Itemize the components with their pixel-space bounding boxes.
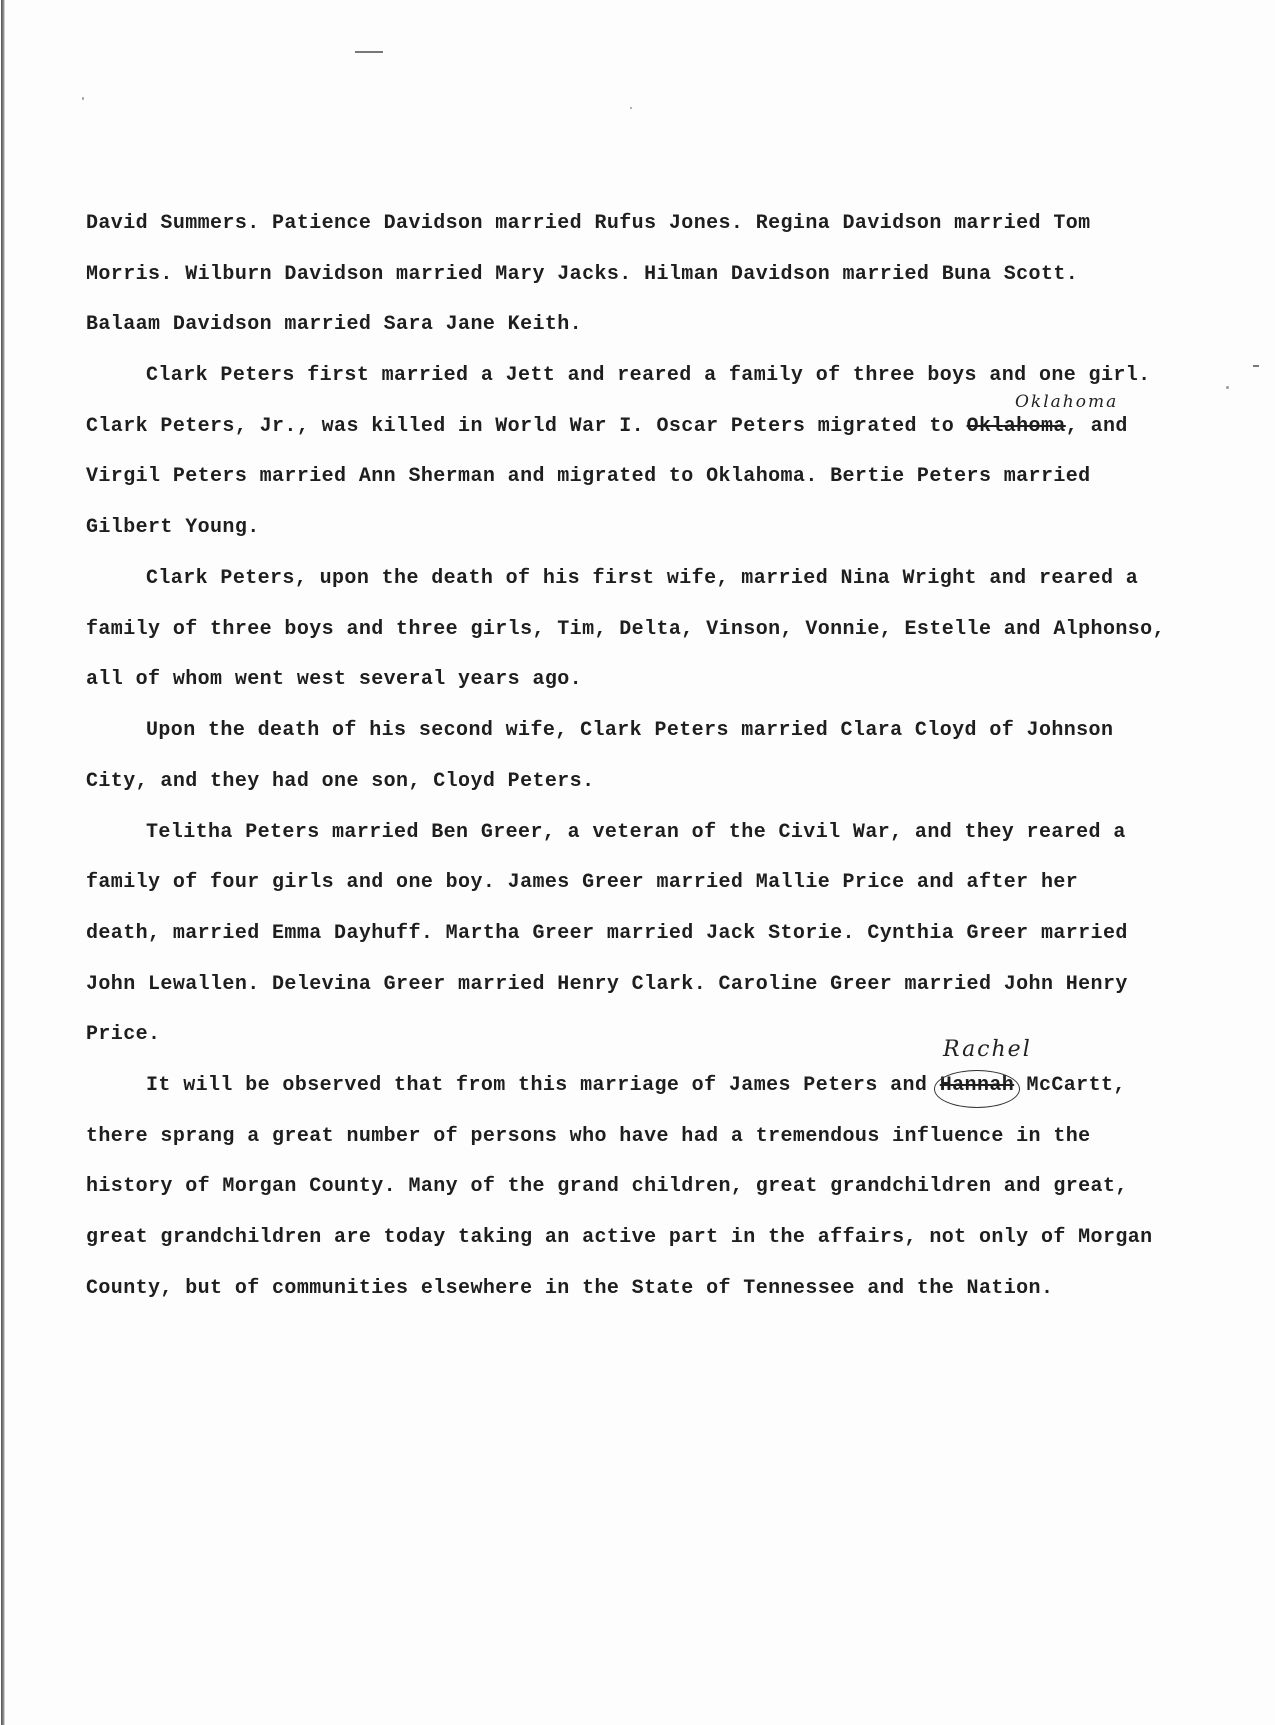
- scan-speck: [630, 107, 632, 109]
- text-line: Upon the death of his second wife, Clark…: [86, 719, 1166, 770]
- text-line: Virgil Peters married Ann Sherman and mi…: [86, 465, 1166, 516]
- struck-circled-word: Hannah: [940, 1074, 1014, 1098]
- text-line: Clark Peters, Jr., was killed in World W…: [86, 415, 1166, 466]
- text-line: Balaam Davidson married Sara Jane Keith.: [86, 313, 1166, 364]
- text-line: It will be observed that from this marri…: [86, 1074, 1166, 1125]
- text-line: David Summers. Patience Davidson married…: [86, 212, 1166, 263]
- text-line: great grandchildren are today taking an …: [86, 1226, 1166, 1277]
- text-line: history of Morgan County. Many of the gr…: [86, 1175, 1166, 1226]
- scanned-page: David Summers. Patience Davidson married…: [0, 0, 1275, 1725]
- scan-speck: [1226, 386, 1229, 389]
- scan-edge-shadow: [1, 0, 5, 1725]
- struck-word: Oklahoma: [967, 415, 1066, 438]
- scan-speck: [82, 97, 84, 100]
- scan-mark: [1253, 365, 1259, 367]
- text-line: County, but of communities elsewhere in …: [86, 1277, 1166, 1328]
- text-line: Telitha Peters married Ben Greer, a vete…: [86, 821, 1166, 872]
- text-line: family of three boys and three girls, Ti…: [86, 618, 1166, 669]
- text-line: John Lewallen. Delevina Greer married He…: [86, 973, 1166, 1024]
- text-line: death, married Emma Dayhuff. Martha Gree…: [86, 922, 1166, 973]
- text-line: all of whom went west several years ago.: [86, 668, 1166, 719]
- text-line: City, and they had one son, Cloyd Peters…: [86, 770, 1166, 821]
- handwritten-correction-oklahoma: Oklahoma: [1015, 392, 1118, 412]
- text-line: Gilbert Young.: [86, 516, 1166, 567]
- text-line: Clark Peters, upon the death of his firs…: [86, 567, 1166, 618]
- text-segment: McCartt,: [1014, 1074, 1126, 1097]
- text-line: there sprang a great number of persons w…: [86, 1125, 1166, 1176]
- text-segment: It will be observed that from this marri…: [146, 1074, 940, 1097]
- handwritten-correction-rachel: Rachel: [943, 1037, 1032, 1062]
- text-segment: , and: [1066, 415, 1128, 438]
- text-line: family of four girls and one boy. James …: [86, 871, 1166, 922]
- text-line: Morris. Wilburn Davidson married Mary Ja…: [86, 263, 1166, 314]
- body-text: David Summers. Patience Davidson married…: [86, 212, 1166, 1327]
- scan-mark: [355, 51, 383, 53]
- text-segment: Clark Peters, Jr., was killed in World W…: [86, 415, 967, 438]
- text-line: Clark Peters first married a Jett and re…: [86, 364, 1166, 415]
